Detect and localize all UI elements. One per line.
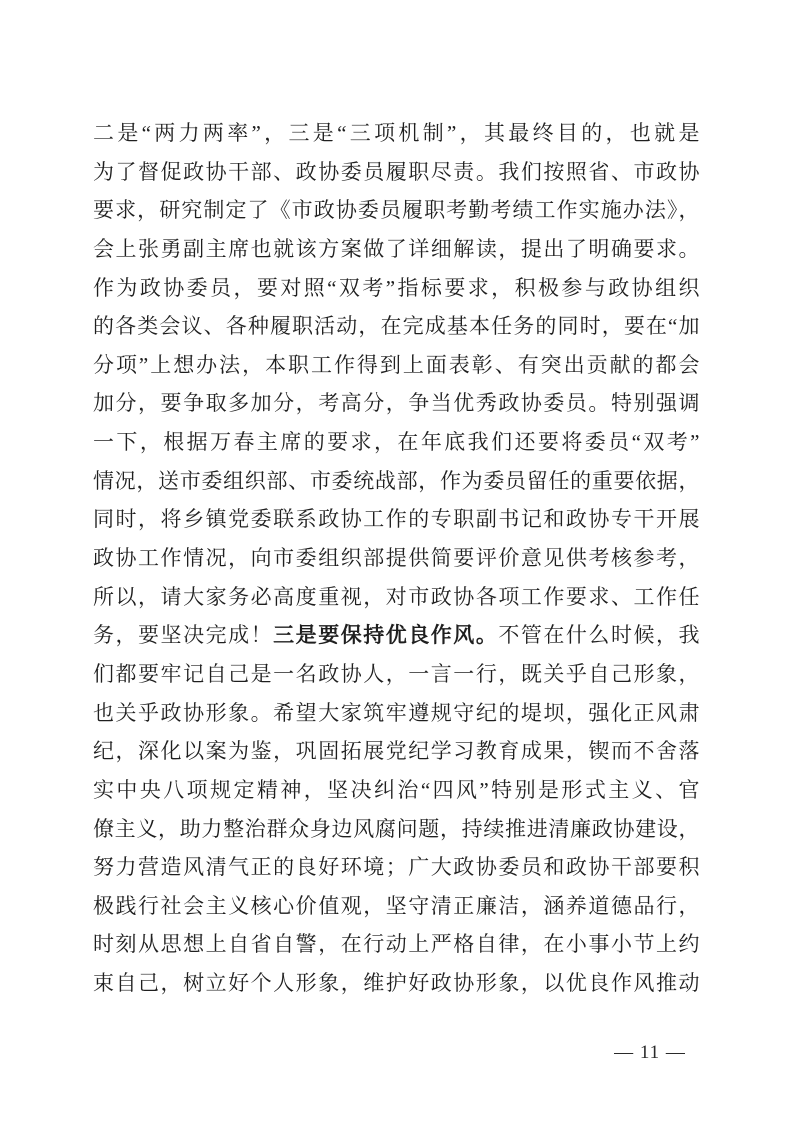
text-line: 作为政协委员，要对照“双考”指标要求，积极参与政协组织 [93,269,700,308]
text-line: 束自己，树立好个人形象，维护好政协形象，以优良作风推动 [93,964,700,1003]
body-text: 僚主义，助力整治群众身边风腐问题，持续推进清廉政协建设， [93,817,700,841]
body-text: 的各类会议、各种履职活动，在完成基本任务的同时，要在“加 [93,314,700,338]
emphasis-text: 三是要保持优良作风。 [273,623,498,647]
text-line: 极践行社会主义核心价值观，坚守清正廉洁，涵养道德品行， [93,887,700,926]
text-line: 同时，将乡镇党委联系政协工作的专职副书记和政协专干开展 [93,500,700,539]
text-line: 分项”上想办法，本职工作得到上面表彰、有突出贡献的都会 [93,346,700,385]
text-line: 要求，研究制定了《市政协委员履职考勤考绩工作实施办法》， [93,191,700,230]
text-line: 的各类会议、各种履职活动，在完成基本任务的同时，要在“加 [93,307,700,346]
body-text: 们都要牢记自己是一名政协人，一言一行，既关乎自己形象， [93,662,700,686]
body-text: 一下，根据万春主席的要求，在年底我们还要将委员“双考” [93,430,700,454]
text-line: 务，要坚决完成！三是要保持优良作风。不管在什么时候，我 [93,616,700,655]
body-text: 同时，将乡镇党委联系政协工作的专职副书记和政协专干开展 [93,507,700,531]
text-line: 也关乎政协形象。希望大家筑牢遵规守纪的堤坝，强化正风肃 [93,694,700,733]
body-text: 政协工作情况，向市委组织部提供简要评价意见供考核参考， [93,546,700,570]
text-line: 所以，请大家务必高度重视，对市政协各项工作要求、工作任 [93,578,700,617]
body-text: 束自己，树立好个人形象，维护好政协形象，以优良作风推动 [93,971,700,995]
text-line: 僚主义，助力整治群众身边风腐问题，持续推进清廉政协建设， [93,810,700,849]
text-line: 一下，根据万春主席的要求，在年底我们还要将委员“双考” [93,423,700,462]
body-text: 纪，深化以案为鉴，巩固拓展党纪学习教育成果，锲而不舍落 [93,739,700,763]
page-number: — 11 — [602,1040,698,1066]
body-text: 极践行社会主义核心价值观，坚守清正廉洁，涵养道德品行， [93,894,700,918]
text-line: 实中央八项规定精神，坚决纠治“四风”特别是形式主义、官 [93,771,700,810]
body-text: 要求，研究制定了《市政协委员履职考勤考绩工作实施办法》， [93,198,700,222]
text-line: 们都要牢记自己是一名政协人，一言一行，既关乎自己形象， [93,655,700,694]
text-line: 努力营造风清气正的良好环境；广大政协委员和政协干部要积 [93,848,700,887]
text-line: 二是“两力两率”，三是“三项机制”，其最终目的，也就是 [93,114,700,153]
body-text: 情况，送市委组织部、市委统战部，作为委员留任的重要依据， [93,469,700,493]
text-line: 时刻从思想上自省自警，在行动上严格自律，在小事小节上约 [93,925,700,964]
body-text: 努力营造风清气正的良好环境；广大政协委员和政协干部要积 [93,855,700,879]
body-text: 分项”上想办法，本职工作得到上面表彰、有突出贡献的都会 [93,353,700,377]
body-text: 也关乎政协形象。希望大家筑牢遵规守纪的堤坝，强化正风肃 [93,701,700,725]
text-line: 情况，送市委组织部、市委统战部，作为委员留任的重要依据， [93,462,700,501]
body-text: 所以，请大家务必高度重视，对市政协各项工作要求、工作任 [93,585,700,609]
text-line: 政协工作情况，向市委组织部提供简要评价意见供考核参考， [93,539,700,578]
body-text: 务，要坚决完成！ [93,623,273,647]
body-text: 为了督促政协干部、政协委员履职尽责。我们按照省、市政协 [93,160,700,184]
document-body: 二是“两力两率”，三是“三项机制”，其最终目的，也就是为了督促政协干部、政协委员… [93,114,700,1003]
body-text: 会上张勇副主席也就该方案做了详细解读，提出了明确要求。 [93,237,700,261]
text-line: 纪，深化以案为鉴，巩固拓展党纪学习教育成果，锲而不舍落 [93,732,700,771]
text-line: 会上张勇副主席也就该方案做了详细解读，提出了明确要求。 [93,230,700,269]
body-text: 不管在什么时候，我 [498,623,700,647]
text-line: 加分，要争取多加分，考高分，争当优秀政协委员。特别强调 [93,384,700,423]
text-line: 为了督促政协干部、政协委员履职尽责。我们按照省、市政协 [93,153,700,192]
document-page: 二是“两力两率”，三是“三项机制”，其最终目的，也就是为了督促政协干部、政协委员… [0,0,793,1122]
body-text: 二是“两力两率”，三是“三项机制”，其最终目的，也就是 [93,121,700,145]
body-text: 加分，要争取多加分，考高分，争当优秀政协委员。特别强调 [93,391,700,415]
body-text: 实中央八项规定精神，坚决纠治“四风”特别是形式主义、官 [93,778,700,802]
body-text: 时刻从思想上自省自警，在行动上严格自律，在小事小节上约 [93,932,700,956]
body-text: 作为政协委员，要对照“双考”指标要求，积极参与政协组织 [93,276,700,300]
